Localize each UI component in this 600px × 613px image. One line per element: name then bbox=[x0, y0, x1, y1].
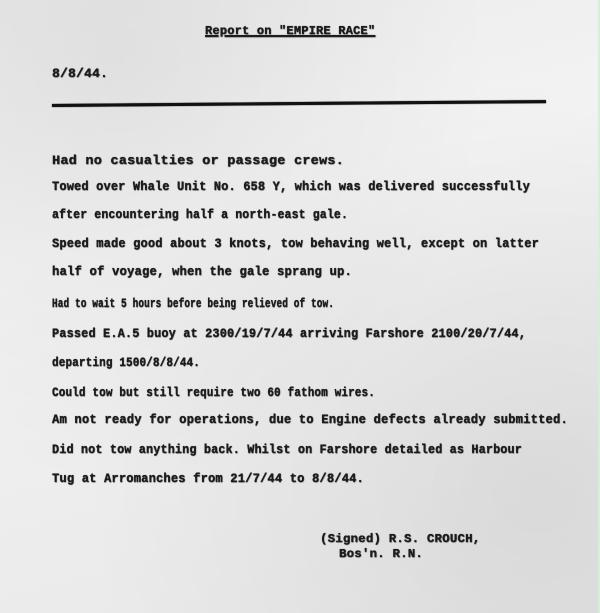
body-line: Had no casualties or passage crews. bbox=[52, 154, 344, 168]
body-line: Tug at Arromanches from 21/7/44 to 8/8/4… bbox=[52, 472, 364, 486]
body-line: departing 1500/8/8/44. bbox=[52, 356, 200, 370]
body-line: Towed over Whale Unit No. 658 Y, which w… bbox=[52, 180, 530, 194]
body-line: Passed E.A.5 buoy at 2300/19/7/44 arrivi… bbox=[52, 327, 526, 341]
report-title: Report on "EMPIRE RACE" bbox=[205, 24, 375, 38]
body-line: Did not tow anything back. Whilst on Far… bbox=[52, 443, 522, 457]
signature-name: (Signed) R.S. CROUCH, bbox=[320, 532, 480, 546]
report-date: 8/8/44. bbox=[52, 66, 108, 81]
body-line: Could tow but still require two 60 fatho… bbox=[52, 386, 375, 400]
body-line: Am not ready for operations, due to Engi… bbox=[52, 413, 568, 427]
body-line: Speed made good about 3 knots, tow behav… bbox=[52, 237, 539, 251]
signature-rank: Bos'n. R.N. bbox=[339, 547, 423, 561]
body-line: after encountering half a north-east gal… bbox=[52, 208, 348, 222]
body-line: half of voyage, when the gale sprang up. bbox=[52, 265, 352, 279]
body-line: Had to wait 5 hours before being relieve… bbox=[52, 297, 334, 311]
